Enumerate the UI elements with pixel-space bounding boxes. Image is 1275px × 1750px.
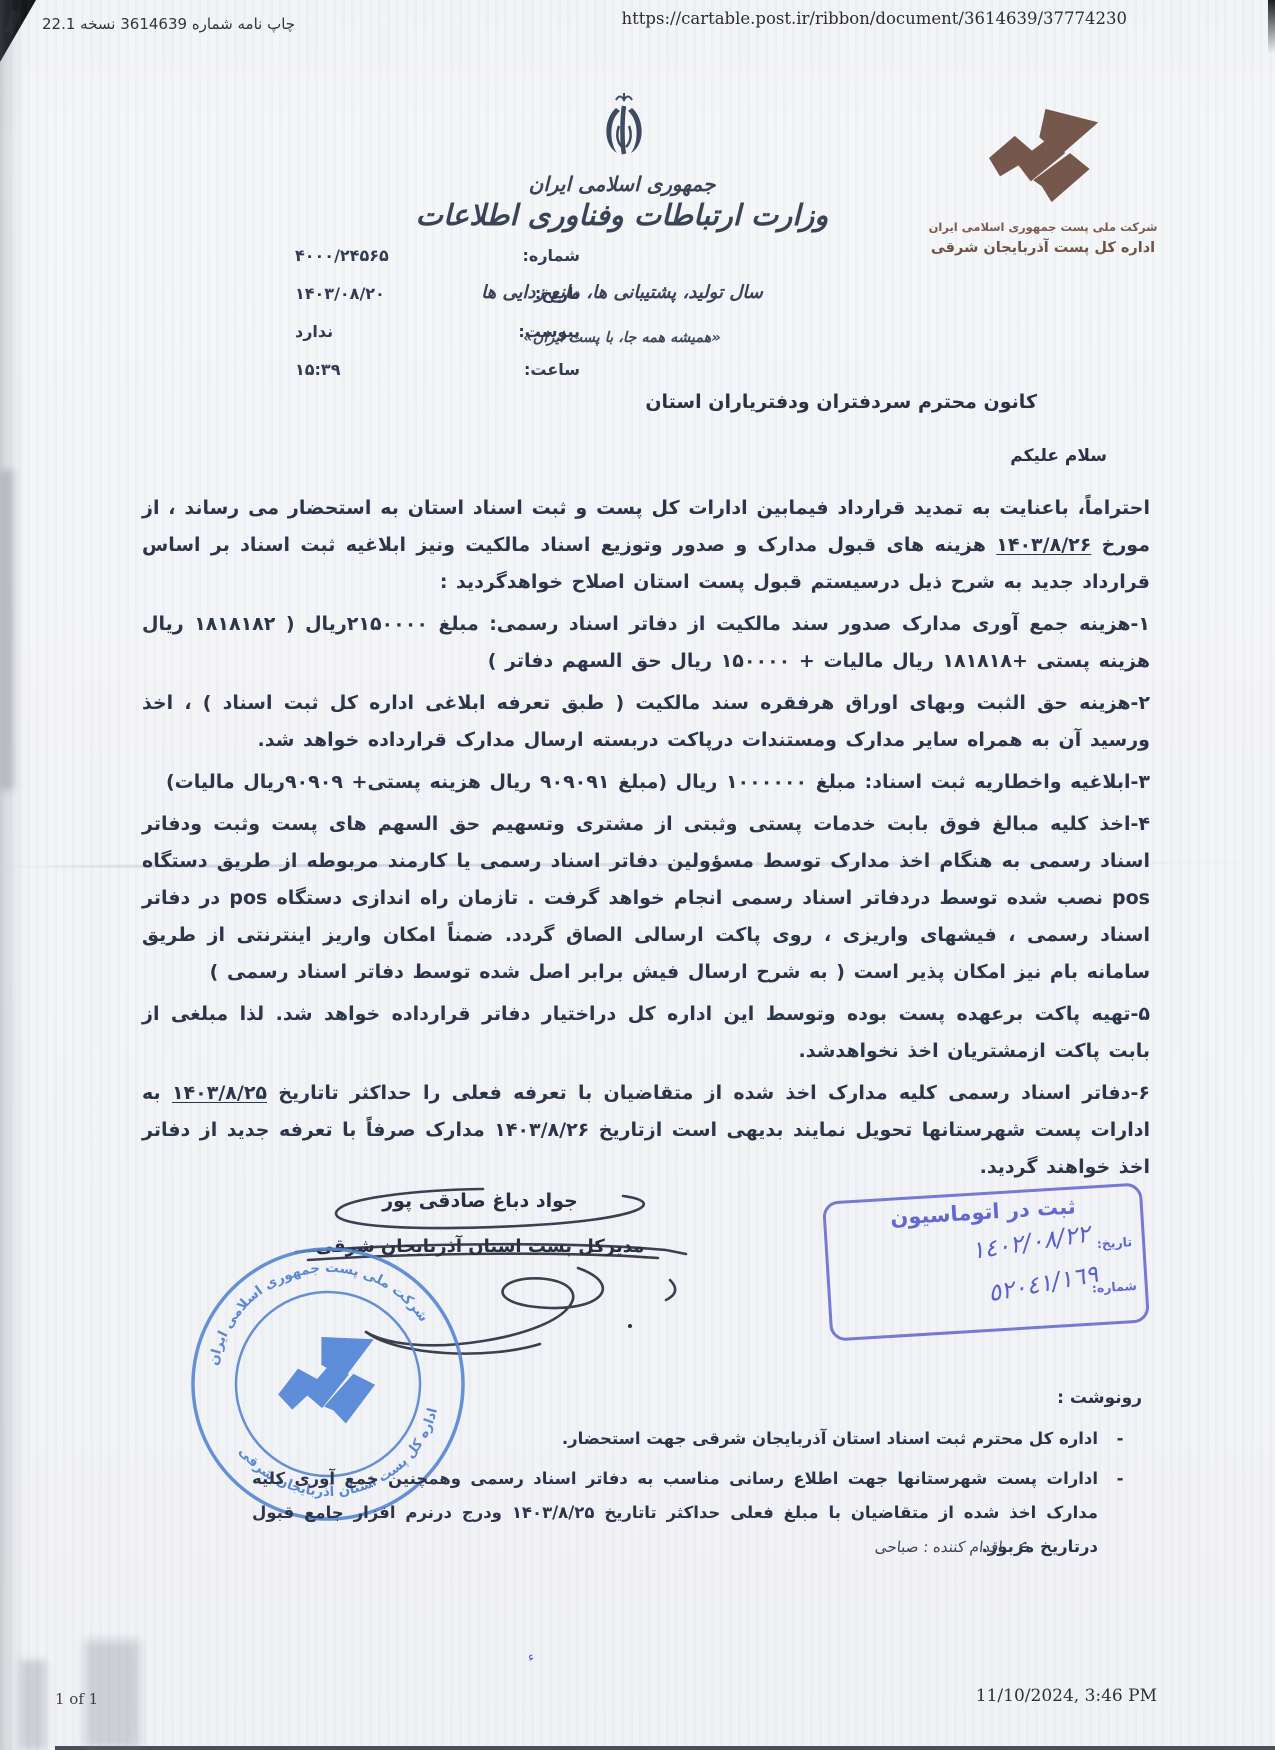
item-3: ۳-ابلاغیه واخطاریه ثبت اسناد: مبلغ ۱۰۰۰۰… — [142, 764, 1150, 801]
automation-stamp-date-label: تاریخ: — [1096, 1234, 1132, 1251]
scan-edge-shadow-left — [0, 0, 26, 1750]
print-page-title: چاپ نامه شماره 3614639 نسخه 22.1 — [42, 15, 295, 33]
meta-number-value: ۴۰۰۰/۲۴۵۶۵ — [295, 246, 389, 265]
meta-date-value: ۱۴۰۳/۰۸/۲۰ — [295, 284, 385, 303]
pen-speck-artifact: ء — [527, 1650, 536, 1666]
iran-emblem-icon — [592, 92, 656, 168]
item-6-text-before-date: ۶-دفاتر اسناد رسمی کلیه مدارک اخذ شده از… — [278, 1082, 1150, 1104]
print-page-url: https://cartable.post.ir/ribbon/document… — [622, 9, 1127, 28]
scanned-letter-page: ء چاپ نامه شماره 3614639 نسخه 22.1 https… — [0, 0, 1275, 1750]
post-office-name: اداره کل پست آذربایجان شرقی — [915, 240, 1171, 256]
copies-item-1-text: اداره کل محترم ثبت اسناد استان آذربایجان… — [142, 1422, 1098, 1456]
signer-name: جواد دباغ صادقی پور — [300, 1190, 660, 1212]
post-bird-logo-icon — [980, 104, 1106, 212]
automation-stamp-number-handwritten: ٥٢٠٤١/١٦٩ — [986, 1260, 1100, 1308]
meta-time-value: ۱۵:۳۹ — [295, 360, 340, 379]
addressee-line: کانون محترم سردفتران ودفتریاران استان — [645, 391, 1037, 413]
action-by-line: اقدام کننده : صباحی — [874, 1538, 1003, 1556]
automation-stamp-date-handwritten: ١٤٠٢/٠٨/٢٢ — [969, 1220, 1091, 1265]
item-5: ۵-تهیه پاکت برعهده پست بوده وتوسط این اد… — [142, 996, 1150, 1070]
dash-bullet-icon: - — [1098, 1422, 1142, 1456]
round-stamp-top-text: شرکت ملی پست جمهوری اسلامی ایران — [189, 1239, 433, 1370]
meta-row-date: تاریخ: ۱۴۰۳/۰۸/۲۰ — [185, 284, 580, 322]
ministry-title: وزارت ارتباطات وفناوری اطلاعات — [410, 198, 834, 232]
handwritten-check-mark: ے — [1019, 1532, 1029, 1553]
meta-date-label: تاریخ: — [480, 284, 580, 303]
meta-number-label: شماره: — [480, 246, 580, 265]
salutation-line: سلام علیکم — [1010, 446, 1107, 466]
scan-smudge-left — [0, 470, 14, 790]
letter-meta: شماره: ۴۰۰۰/۲۴۵۶۵ تاریخ: ۱۴۰۳/۰۸/۲۰ پیوس… — [185, 246, 580, 398]
meta-row-time: ساعت: ۱۵:۳۹ — [185, 360, 580, 398]
intro-paragraph: احتراماً، باعنایت به تمدید قرارداد فیماب… — [142, 490, 1150, 601]
intro-underlined-date: ۱۴۰۳/۸/۲۶ — [996, 534, 1091, 556]
letterhead-titles: جمهوری اسلامی ایران وزارت ارتباطات وفناو… — [410, 172, 834, 232]
meta-attachment-label: پیوست: — [480, 322, 580, 341]
page-count: 1 of 1 — [55, 1690, 98, 1708]
item-4: ۴-اخذ کلیه مبالغ فوق بابت خدمات پستی وثب… — [142, 806, 1150, 991]
post-company-name: شرکت ملی پست جمهوری اسلامی ایران — [915, 220, 1171, 234]
automation-stamp-title: ثبت در اتوماسیون — [826, 1191, 1141, 1234]
post-company-block: شرکت ملی پست جمهوری اسلامی ایران اداره ک… — [915, 104, 1171, 256]
scan-edge-shadow-bottom — [55, 1746, 1275, 1750]
copies-item-1: - اداره کل محترم ثبت اسناد استان آذربایج… — [142, 1422, 1142, 1456]
item-2: ۲-هزینه حق الثبت وبهای اوراق هرفقره سند … — [142, 685, 1150, 759]
meta-row-attachment: پیوست: ندارد — [185, 322, 580, 360]
meta-row-number: شماره: ۴۰۰۰/۲۴۵۶۵ — [185, 246, 580, 284]
scan-smudge-bottom-left-2 — [20, 1660, 46, 1750]
item-6-underlined-date: ۱۴۰۳/۸/۲۵ — [172, 1082, 267, 1104]
print-timestamp: 11/10/2024, 3:46 PM — [976, 1686, 1157, 1706]
svg-text:شرکت ملی پست جمهوری اسلامی ایر: شرکت ملی پست جمهوری اسلامی ایران — [189, 1239, 433, 1370]
item-1: ۱-هزینه جمع آوری مدارک صدور سند مالکیت ا… — [142, 606, 1150, 680]
republic-title: جمهوری اسلامی ایران — [410, 172, 834, 196]
item-6: ۶-دفاتر اسناد رسمی کلیه مدارک اخذ شده از… — [142, 1075, 1150, 1186]
copies-label: رونوشت : — [142, 1388, 1142, 1408]
meta-time-label: ساعت: — [480, 360, 580, 379]
automation-registration-stamp: ثبت در اتوماسیون تاریخ: ١٤٠٢/٠٨/٢٢ شماره… — [822, 1182, 1150, 1341]
dash-bullet-icon: - — [1098, 1462, 1142, 1564]
letter-body: احتراماً، باعنایت به تمدید قرارداد فیماب… — [142, 490, 1150, 1191]
meta-attachment-value: ندارد — [295, 322, 333, 341]
scan-corner-artifact-top-right — [1268, 0, 1275, 54]
